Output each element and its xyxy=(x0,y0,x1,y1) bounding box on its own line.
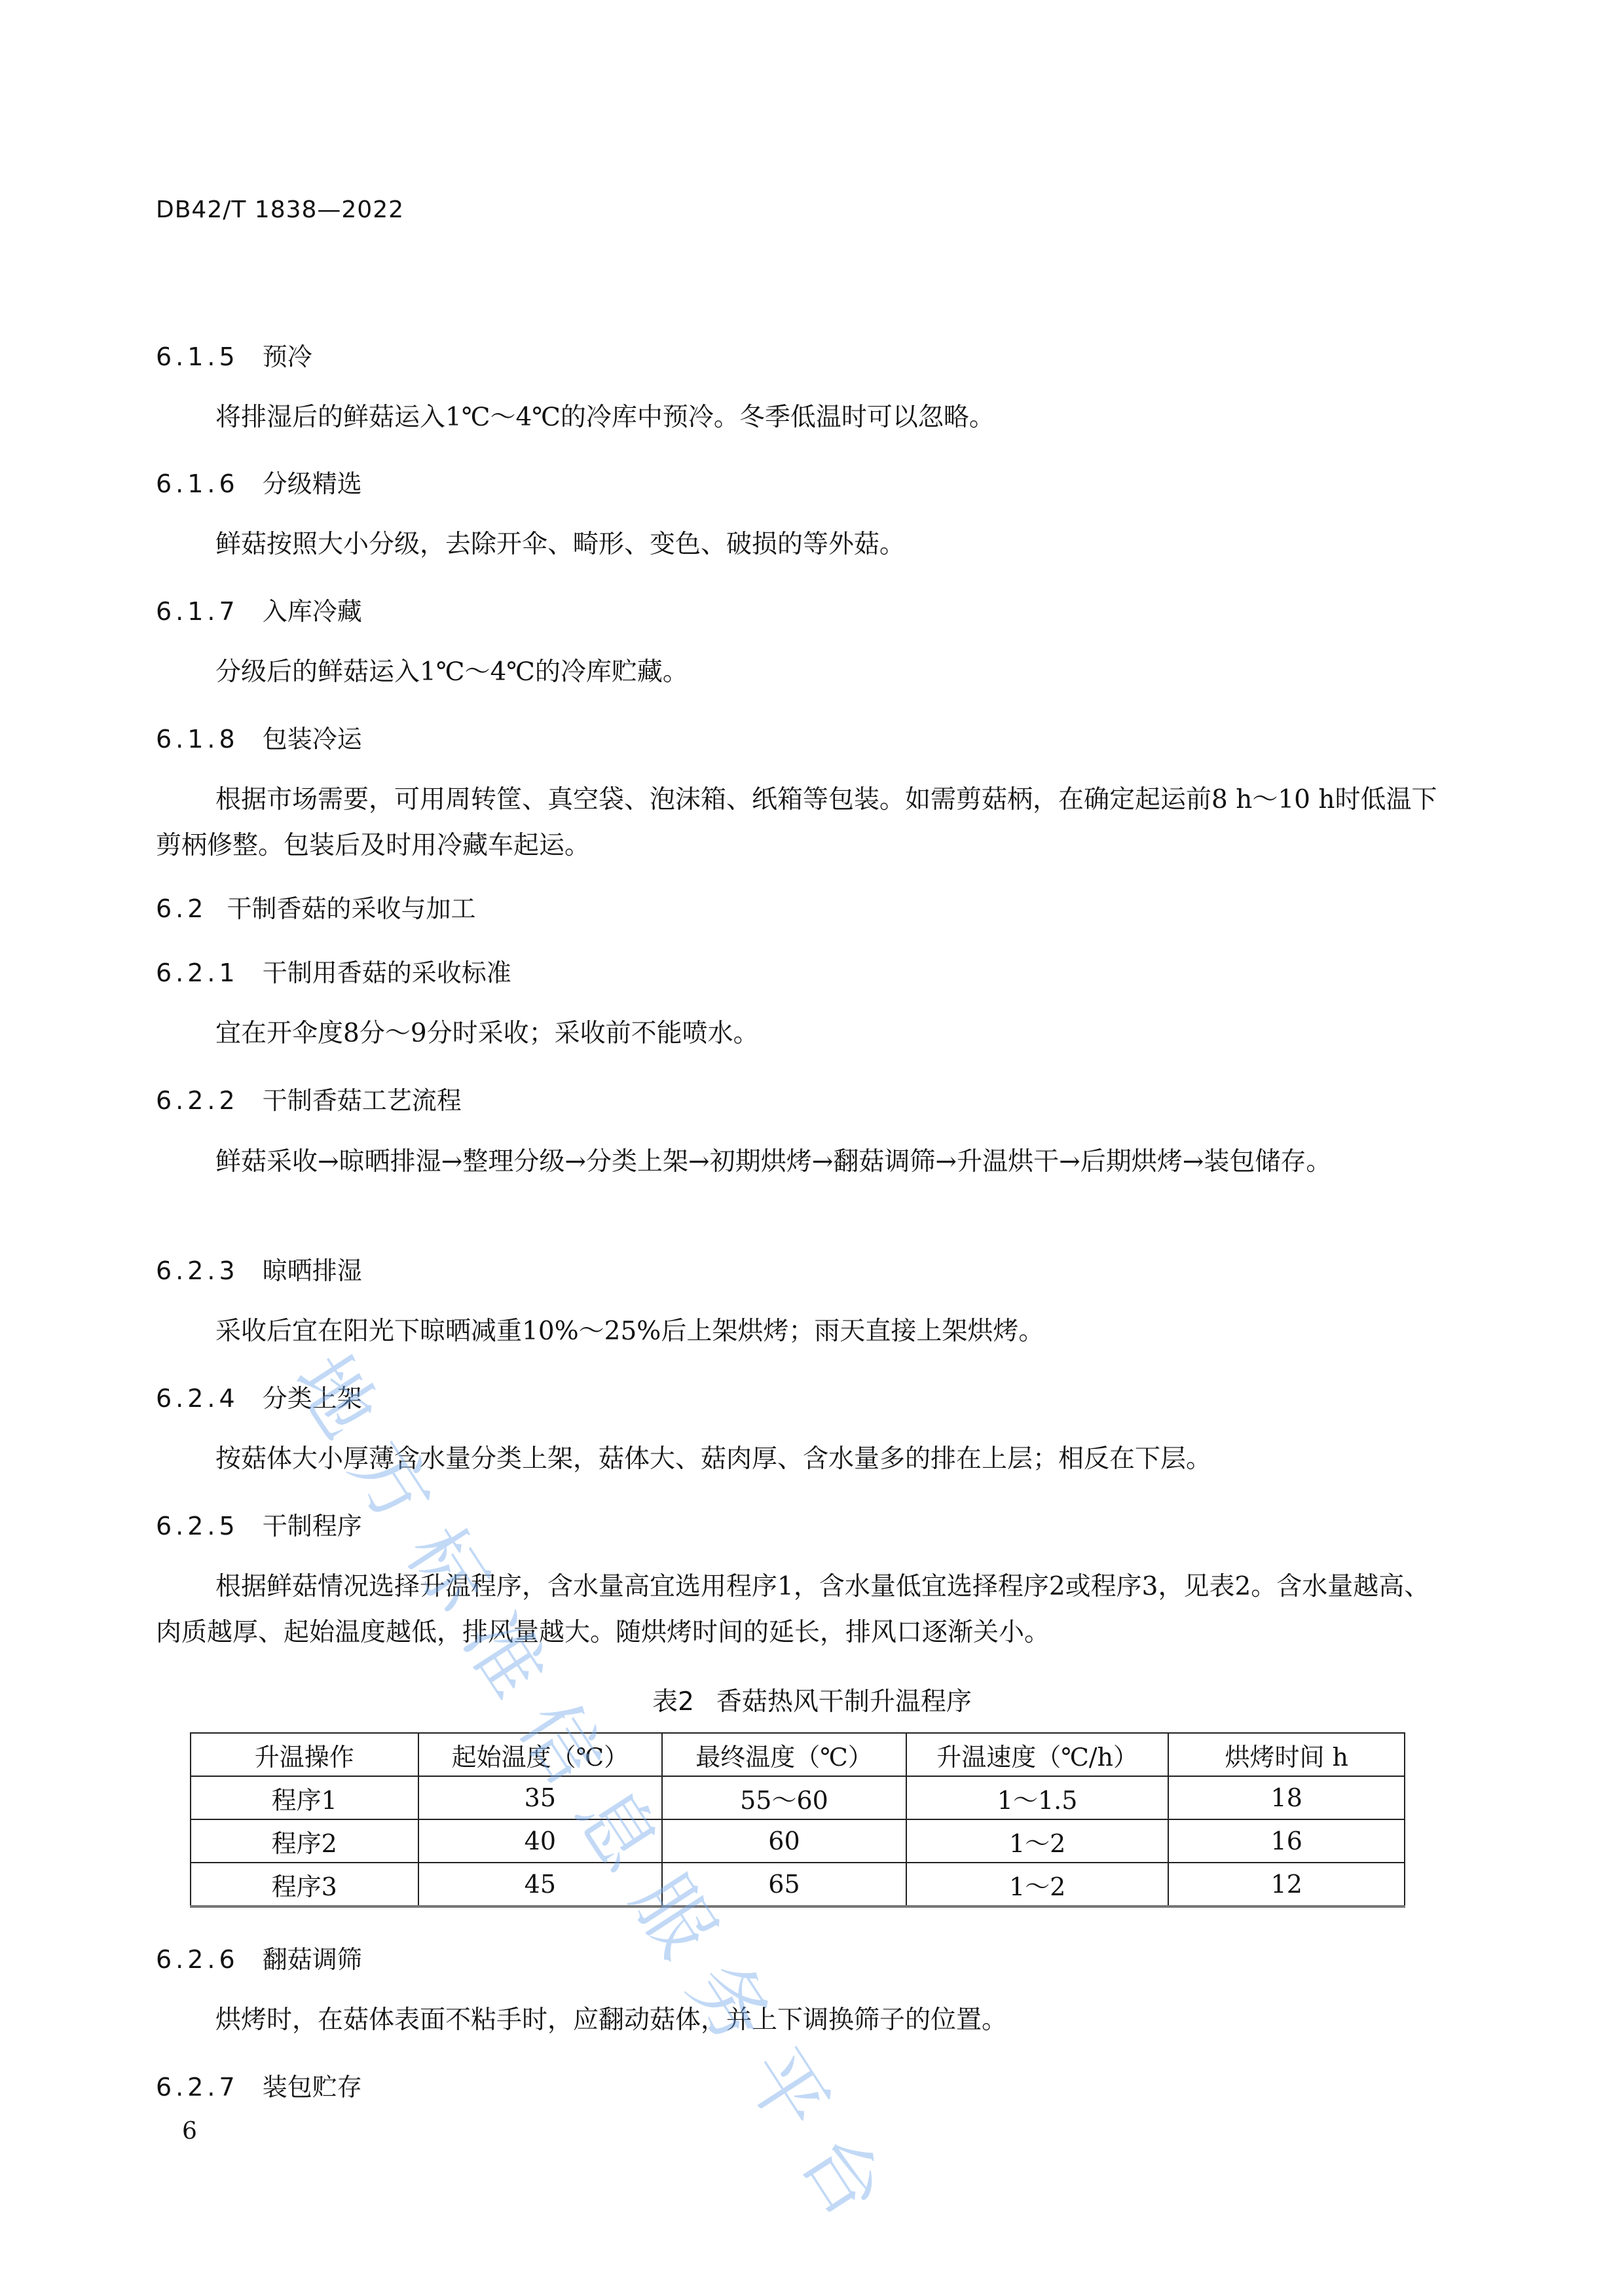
heating-program-table: 升温操作 起始温度（℃） 最终温度（℃） 升温速度（℃/h） 烘烤时间 h 程序… xyxy=(190,1732,1405,1908)
section-number: 6.2 xyxy=(156,894,207,923)
table-cell: 18 xyxy=(1168,1776,1405,1819)
section-heading-6-2-5: 6.2.5干制程序 xyxy=(156,1506,362,1542)
table-cell: 1～1.5 xyxy=(906,1776,1169,1819)
table-cell: 45 xyxy=(418,1863,663,1906)
table-header-cell: 升温速度（℃/h） xyxy=(906,1733,1169,1776)
table-cell: 程序2 xyxy=(191,1819,418,1863)
section-body-6-1-5: 将排湿后的鲜菇运入1℃～4℃的冷库中预冷。冬季低温时可以忽略。 xyxy=(156,395,1449,441)
table-header-row: 升温操作 起始温度（℃） 最终温度（℃） 升温速度（℃/h） 烘烤时间 h xyxy=(191,1733,1405,1776)
table-cell: 1～2 xyxy=(906,1863,1169,1906)
table-cell: 程序1 xyxy=(191,1776,418,1819)
table-caption-number: 表2 xyxy=(652,1687,694,1717)
section-body-6-2-6: 烘烤时，在菇体表面不粘手时，应翻动菇体，并上下调换筛子的位置。 xyxy=(156,1997,1449,2043)
table-header-cell: 升温操作 xyxy=(191,1733,418,1776)
section-number: 6.1.5 xyxy=(156,342,239,371)
table-cell: 40 xyxy=(418,1819,663,1863)
standard-code: DB42/T 1838—2022 xyxy=(156,196,404,223)
section-title: 预冷 xyxy=(263,342,312,371)
section-title: 干制用香菇的采收标准 xyxy=(263,958,511,987)
section-heading-6-2-4: 6.2.4分类上架 xyxy=(156,1378,362,1414)
section-number: 6.2.4 xyxy=(156,1384,239,1413)
section-body-6-1-8: 根据市场需要，可用周转筐、真空袋、泡沫箱、纸箱等包装。如需剪菇柄，在确定起运前8… xyxy=(156,777,1449,869)
section-title: 分类上架 xyxy=(263,1384,362,1413)
table-cell: 60 xyxy=(662,1819,906,1863)
section-title: 分级精选 xyxy=(263,469,362,498)
section-title: 干制程序 xyxy=(263,1512,362,1540)
section-number: 6.2.3 xyxy=(156,1256,239,1285)
page-number: 6 xyxy=(182,2118,197,2145)
table-row: 程序3 45 65 1～2 12 xyxy=(191,1863,1405,1906)
section-body-6-2-1: 宜在开伞度8分～9分时采收；采收前不能喷水。 xyxy=(156,1011,1449,1057)
section-heading-6-1-5: 6.1.5预冷 xyxy=(156,337,312,373)
section-title: 晾晒排湿 xyxy=(263,1256,362,1285)
document-page: DB42/T 1838—2022 6.1.5预冷 将排湿后的鲜菇运入1℃～4℃的… xyxy=(0,0,1624,2296)
table-cell: 1～2 xyxy=(906,1819,1169,1863)
section-title: 入库冷藏 xyxy=(263,597,362,626)
section-title: 干制香菇工艺流程 xyxy=(263,1086,462,1115)
table-header-cell: 最终温度（℃） xyxy=(662,1733,906,1776)
section-body-6-1-6: 鲜菇按照大小分级，去除开伞、畸形、变色、破损的等外菇。 xyxy=(156,522,1449,568)
section-body-6-2-4: 按菇体大小厚薄含水量分类上架，菇体大、菇肉厚、含水量多的排在上层；相反在下层。 xyxy=(156,1436,1449,1482)
section-heading-6-2-1: 6.2.1干制用香菇的采收标准 xyxy=(156,953,511,989)
section-number: 6.2.2 xyxy=(156,1086,239,1115)
section-title: 干制香菇的采收与加工 xyxy=(227,894,475,923)
section-heading-6-2-6: 6.2.6翻菇调筛 xyxy=(156,1939,362,1975)
section-heading-6-2: 6.2干制香菇的采收与加工 xyxy=(156,888,475,924)
section-heading-6-1-6: 6.1.6分级精选 xyxy=(156,464,362,500)
table-cell: 65 xyxy=(662,1863,906,1906)
section-title: 翻菇调筛 xyxy=(263,1945,362,1974)
section-heading-6-2-2: 6.2.2干制香菇工艺流程 xyxy=(156,1080,462,1116)
table-cell: 程序3 xyxy=(191,1863,418,1906)
table-row: 程序2 40 60 1～2 16 xyxy=(191,1819,1405,1863)
section-title: 装包贮存 xyxy=(263,2073,362,2102)
section-body-6-1-7: 分级后的鲜菇运入1℃～4℃的冷库贮藏。 xyxy=(156,649,1449,695)
section-body-6-2-2: 鲜菇采收→晾晒排湿→整理分级→分类上架→初期烘烤→翻菇调筛→升温烘干→后期烘烤→… xyxy=(156,1139,1449,1185)
table-cell: 12 xyxy=(1168,1863,1405,1906)
section-body-6-2-3: 采收后宜在阳光下晾晒减重10%～25%后上架烘烤；雨天直接上架烘烤。 xyxy=(156,1309,1449,1355)
section-body-6-2-5: 根据鲜菇情况选择升温程序，含水量高宜选用程序1，含水量低宜选择程序2或程序3，见… xyxy=(156,1564,1449,1656)
section-number: 6.2.1 xyxy=(156,958,239,987)
section-number: 6.1.8 xyxy=(156,725,239,754)
section-heading-6-2-7: 6.2.7装包贮存 xyxy=(156,2067,362,2103)
table-header-cell: 起始温度（℃） xyxy=(418,1733,663,1776)
section-number: 6.2.6 xyxy=(156,1945,239,1974)
table-cell: 35 xyxy=(418,1776,663,1819)
table-caption-title: 香菇热风干制升温程序 xyxy=(716,1687,972,1717)
table-cell: 16 xyxy=(1168,1819,1405,1863)
table-header-cell: 烘烤时间 h xyxy=(1168,1733,1405,1776)
section-number: 6.1.7 xyxy=(156,597,239,626)
section-number: 6.2.7 xyxy=(156,2073,239,2102)
section-heading-6-1-8: 6.1.8包装冷运 xyxy=(156,719,362,755)
section-heading-6-1-7: 6.1.7入库冷藏 xyxy=(156,591,362,627)
section-number: 6.2.5 xyxy=(156,1512,239,1540)
table-row: 程序1 35 55～60 1～1.5 18 xyxy=(191,1776,1405,1819)
section-title: 包装冷运 xyxy=(263,725,362,754)
table-cell: 55～60 xyxy=(662,1776,906,1819)
table-caption: 表2香菇热风干制升温程序 xyxy=(0,1681,1624,1718)
section-heading-6-2-3: 6.2.3晾晒排湿 xyxy=(156,1250,362,1286)
section-number: 6.1.6 xyxy=(156,469,239,498)
